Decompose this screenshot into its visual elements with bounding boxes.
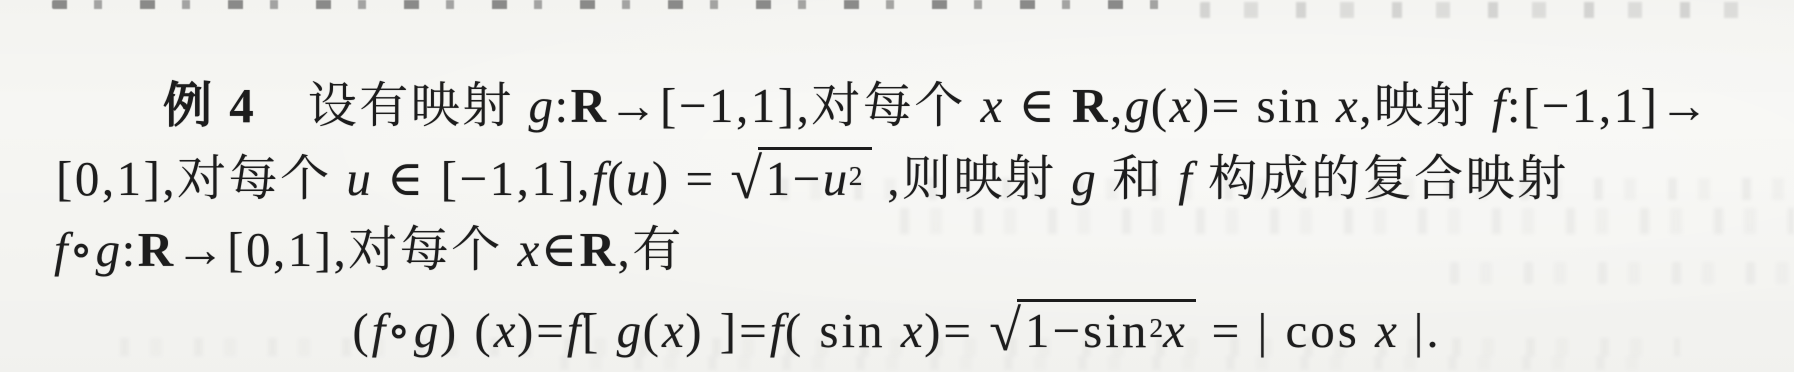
text-run: ,: [1110, 78, 1125, 133]
bleed-through-ghost: [900, 208, 1794, 234]
text-run: ∘: [69, 222, 96, 277]
cropped-text-fragments-top-right: [1200, 2, 1760, 18]
text-run: )=: [517, 303, 567, 358]
text-run: f: [1178, 151, 1193, 206]
text-run: →[−1,1],对每个: [609, 78, 981, 133]
text-run: 和: [1097, 151, 1178, 206]
text-run: )=: [924, 303, 989, 358]
text-run: u: [823, 151, 849, 206]
text-run: [: [582, 303, 617, 358]
text-run: (: [1151, 78, 1170, 133]
text-run: ) =: [652, 151, 730, 206]
text-run: ( sin: [785, 303, 901, 358]
text-run: f: [592, 151, 607, 206]
text-run: 构成的复合映射: [1193, 151, 1568, 206]
text-run: ∈: [1004, 78, 1072, 133]
text-run: g: [96, 222, 122, 277]
display-equation: (f∘g) (x)=f[ g(x) ]=f( sin x)= √1−sin2x …: [0, 299, 1794, 362]
radical-sign: √: [989, 302, 1024, 360]
text-run: :: [122, 222, 138, 277]
text-run: :[−1,1]→: [1507, 78, 1711, 133]
text-run: x: [494, 303, 517, 358]
text-run: )= sin: [1193, 78, 1336, 133]
text-run: ,映射: [1359, 78, 1492, 133]
text-run: x: [1375, 303, 1398, 358]
text-run: x: [901, 303, 924, 358]
text-run: x: [662, 303, 685, 358]
text-run: f: [1492, 78, 1507, 133]
radical-sign: √: [730, 150, 764, 208]
text-run: x: [1170, 78, 1193, 133]
text-run: g: [617, 303, 643, 358]
text-run: g: [414, 303, 440, 358]
text-run: f: [54, 222, 69, 277]
text-run: [0,1],对每个: [56, 151, 346, 206]
square-root-expression: √1−sin2x: [989, 299, 1196, 362]
text-run: g: [1071, 151, 1097, 206]
text-run: ,有: [617, 222, 683, 277]
math-text-line-2: [0,1],对每个 u ∈ [−1,1],f(u) = √1−u2 ,则映射 g…: [56, 147, 1569, 210]
text-run: ) (: [440, 303, 494, 358]
text-run: g: [529, 78, 555, 133]
cropped-text-fragments-top-left: [52, 0, 1172, 9]
text-run: u: [346, 151, 372, 206]
text-run: →[0,1],对每个: [176, 222, 518, 277]
text-run: 设有映射: [256, 78, 528, 133]
text-run: ,则映射: [872, 151, 1071, 206]
text-run: R: [1072, 78, 1110, 133]
text-run: ∈ [−1,1],: [372, 151, 592, 206]
radicand: 1−u2: [758, 147, 873, 206]
text-run: 2: [1149, 313, 1163, 343]
square-root-expression: √1−u2: [730, 147, 872, 210]
text-run: x: [981, 78, 1004, 133]
text-run: R: [580, 222, 618, 277]
math-text-line-1: 例 4 设有映射 g:R→[−1,1],对每个 x ∈ R,g(x)= sin …: [163, 75, 1711, 137]
text-run: x: [1163, 303, 1186, 358]
math-text-line-3: f∘g:R→[0,1],对每个 x∈R,有: [54, 219, 684, 281]
text-run: R: [571, 78, 609, 133]
text-run: 1−sin: [1025, 303, 1149, 358]
text-run: = | cos: [1196, 303, 1375, 358]
text-run: :: [555, 78, 571, 133]
text-run: 1−: [766, 151, 823, 206]
text-run: 2: [849, 161, 863, 191]
text-run: R: [138, 222, 176, 277]
text-run: f: [770, 303, 785, 358]
text-run: x: [1336, 78, 1359, 133]
text-run: f: [372, 303, 387, 358]
text-run: f: [567, 303, 582, 358]
text-run: ) ]=: [685, 303, 770, 358]
text-run: (: [352, 303, 371, 358]
text-run: u: [626, 151, 652, 206]
text-run: |.: [1398, 303, 1441, 358]
text-run: x: [518, 222, 541, 277]
bleed-through-ghost: [1450, 262, 1794, 284]
radicand: 1−sin2x: [1017, 299, 1196, 358]
text-run: ∈: [541, 222, 580, 277]
text-run: ∘: [387, 303, 414, 358]
example-label: 例 4: [163, 78, 256, 133]
text-run: g: [1125, 78, 1151, 133]
text-run: (: [643, 303, 662, 358]
text-run: (: [607, 151, 626, 206]
